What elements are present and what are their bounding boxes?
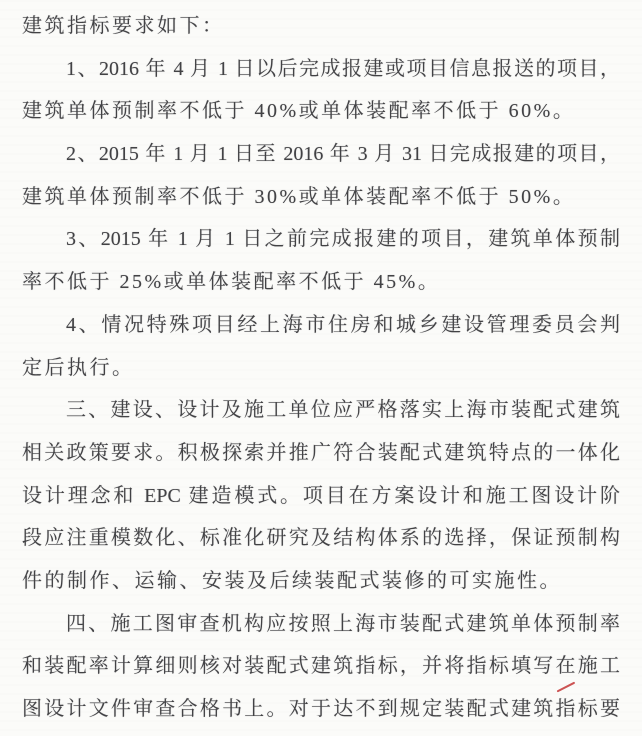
text-line: 定后执行。 bbox=[22, 347, 620, 390]
text-line: 建筑单体预制率不低于 30%或单体装配率不低于 50%。 bbox=[22, 176, 620, 219]
text-line: 率不低于 25%或单体装配率不低于 45%。 bbox=[22, 261, 620, 304]
text-line: 图设计文件审查合格书上。对于达不到规定装配式建筑指标要 bbox=[22, 688, 620, 731]
text-line: 三、建设、设计及施工单位应严格落实上海市装配式建筑 bbox=[22, 389, 620, 432]
document-text: 建筑指标要求如下：1、2016 年 4 月 1 日以后完成报建或项目信息报送的项… bbox=[0, 0, 642, 731]
text-line: 建筑单体预制率不低于 40%或单体装配率不低于 60%。 bbox=[22, 90, 620, 133]
text-line: 件的制作、运输、安装及后续装配式装修的可实施性。 bbox=[22, 560, 620, 603]
text-line: 1、2016 年 4 月 1 日以后完成报建或项目信息报送的项目， bbox=[22, 48, 620, 91]
text-line: 设计理念和 EPC 建造模式。项目在方案设计和施工图设计阶 bbox=[22, 475, 620, 518]
text-line: 相关政策要求。积极探索并推广符合装配式建筑特点的一体化 bbox=[22, 432, 620, 475]
text-line: 3、2015 年 1 月 1 日之前完成报建的项目，建筑单体预制 bbox=[22, 218, 620, 261]
text-line: 2、2015 年 1 月 1 日至 2016 年 3 月 31 日完成报建的项目… bbox=[22, 133, 620, 176]
text-line: 和装配率计算细则核对装配式建筑指标，并将指标填写在施工 bbox=[22, 645, 620, 688]
document-page: 建筑指标要求如下：1、2016 年 4 月 1 日以后完成报建或项目信息报送的项… bbox=[0, 0, 642, 736]
text-line: 四、施工图审查机构应按照上海市装配式建筑单体预制率 bbox=[22, 603, 620, 646]
text-line: 4、情况特殊项目经上海市住房和城乡建设管理委员会判 bbox=[22, 304, 620, 347]
text-line: 段应注重模数化、标准化研究及结构体系的选择，保证预制构 bbox=[22, 517, 620, 560]
text-line: 建筑指标要求如下： bbox=[22, 5, 620, 48]
